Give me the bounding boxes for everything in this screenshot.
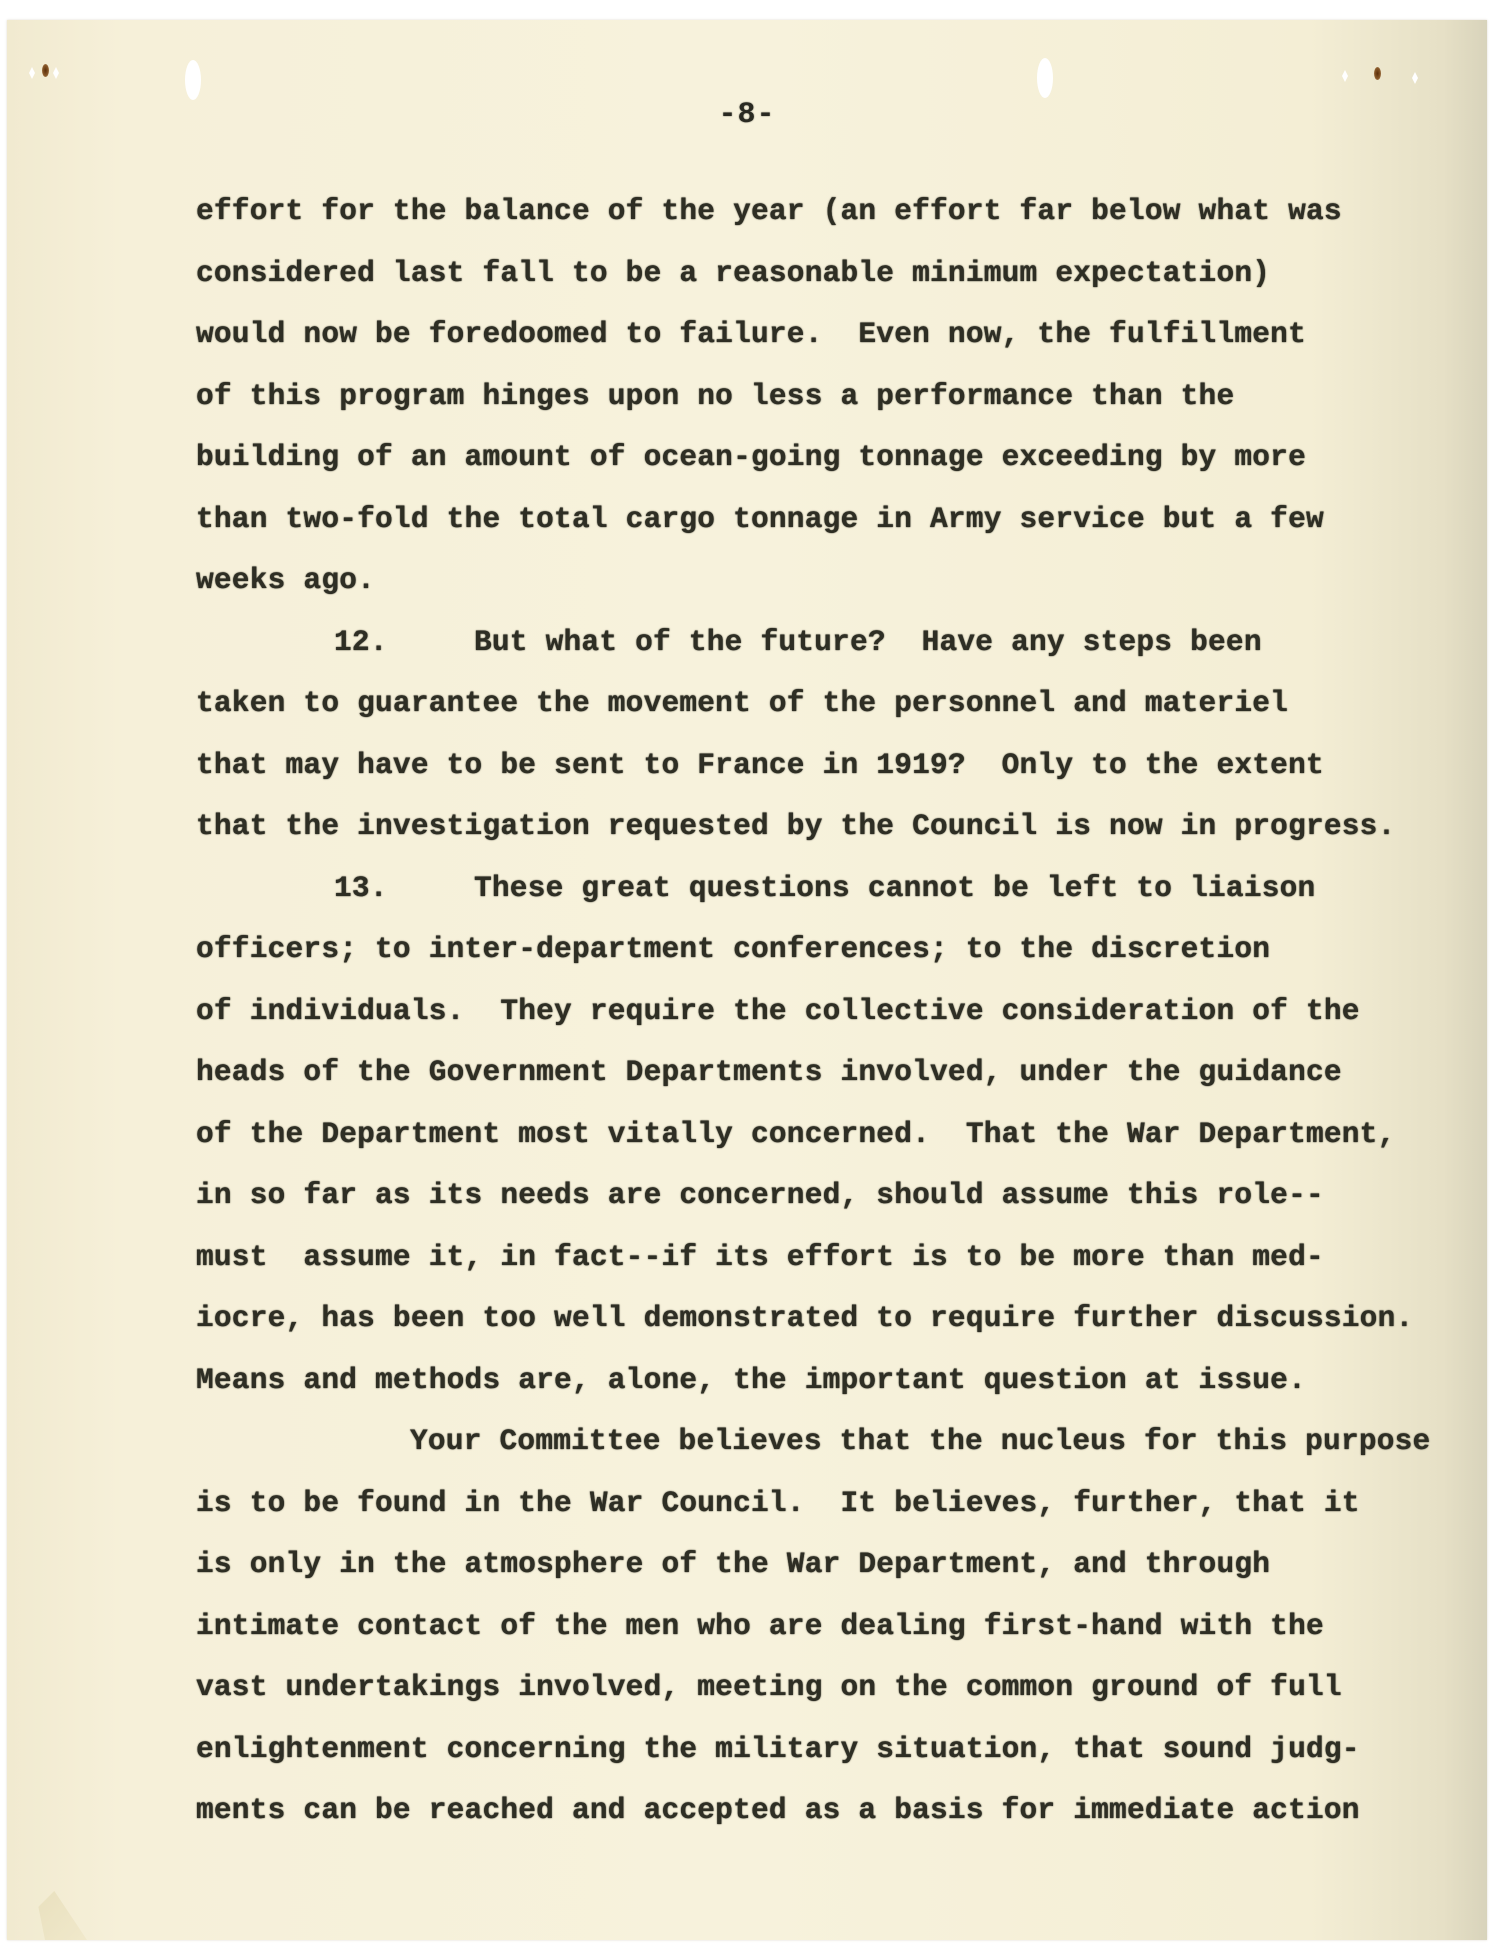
text-line: officers; to inter-department conference… — [196, 934, 1436, 996]
text-line: Means and methods are, alone, the import… — [196, 1365, 1436, 1427]
binder-hole-right — [1037, 58, 1053, 98]
text-line: of individuals. They require the collect… — [196, 996, 1436, 1058]
paragraph-text: But what of the future? Have any steps b… — [474, 625, 1262, 659]
text-line: intimate contact of the men who are deal… — [196, 1611, 1436, 1673]
text-line: taken to guarantee the movement of the p… — [196, 688, 1436, 750]
text-line: vast undertakings involved, meeting on t… — [196, 1672, 1436, 1734]
binder-hole-left — [185, 60, 201, 100]
committee-paragraph-first-line: Your Committee believes that the nucleus… — [196, 1426, 1436, 1488]
text-line: of the Department most vitally concerned… — [196, 1119, 1436, 1181]
page-number: -8- — [7, 98, 1487, 132]
staple-rust-mark — [1374, 67, 1381, 80]
text-line: ments can be reached and accepted as a b… — [196, 1795, 1436, 1857]
text-line: iocre, has been too well demonstrated to… — [196, 1303, 1436, 1365]
text-line: is only in the atmosphere of the War Dep… — [196, 1549, 1436, 1611]
text-line: of this program hinges upon no less a pe… — [196, 381, 1436, 443]
paragraph-text: These great questions cannot be left to … — [474, 871, 1315, 905]
text-line: than two-fold the total cargo tonnage in… — [196, 504, 1436, 566]
text-line: that may have to be sent to France in 19… — [196, 750, 1436, 812]
paragraph-13-first-line: 13.These great questions cannot be left … — [196, 873, 1436, 935]
text-line: must assume it, in fact--if its effort i… — [196, 1242, 1436, 1304]
staple-rust-mark — [42, 64, 49, 77]
text-line: considered last fall to be a reasonable … — [196, 258, 1436, 320]
paragraph-12-first-line: 12.But what of the future? Have any step… — [196, 627, 1436, 689]
text-line: weeks ago. — [196, 565, 1436, 627]
text-line: effort for the balance of the year (an e… — [196, 196, 1436, 258]
punch-mark — [1342, 70, 1348, 82]
text-line: is to be found in the War Council. It be… — [196, 1488, 1436, 1550]
text-line: that the investigation requested by the … — [196, 811, 1436, 873]
paragraph-number: 12. — [334, 627, 474, 657]
punch-mark — [1412, 72, 1418, 84]
text-line: would now be foredoomed to failure. Even… — [196, 319, 1436, 381]
text-line: building of an amount of ocean-going ton… — [196, 442, 1436, 504]
punch-mark — [29, 67, 35, 79]
document-body: effort for the balance of the year (an e… — [196, 196, 1436, 1857]
text-line: enlightenment concerning the military si… — [196, 1734, 1436, 1796]
text-line: in so far as its needs are concerned, sh… — [196, 1180, 1436, 1242]
text-line: heads of the Government Departments invo… — [196, 1057, 1436, 1119]
paragraph-number: 13. — [334, 873, 474, 903]
punch-mark — [53, 67, 59, 79]
